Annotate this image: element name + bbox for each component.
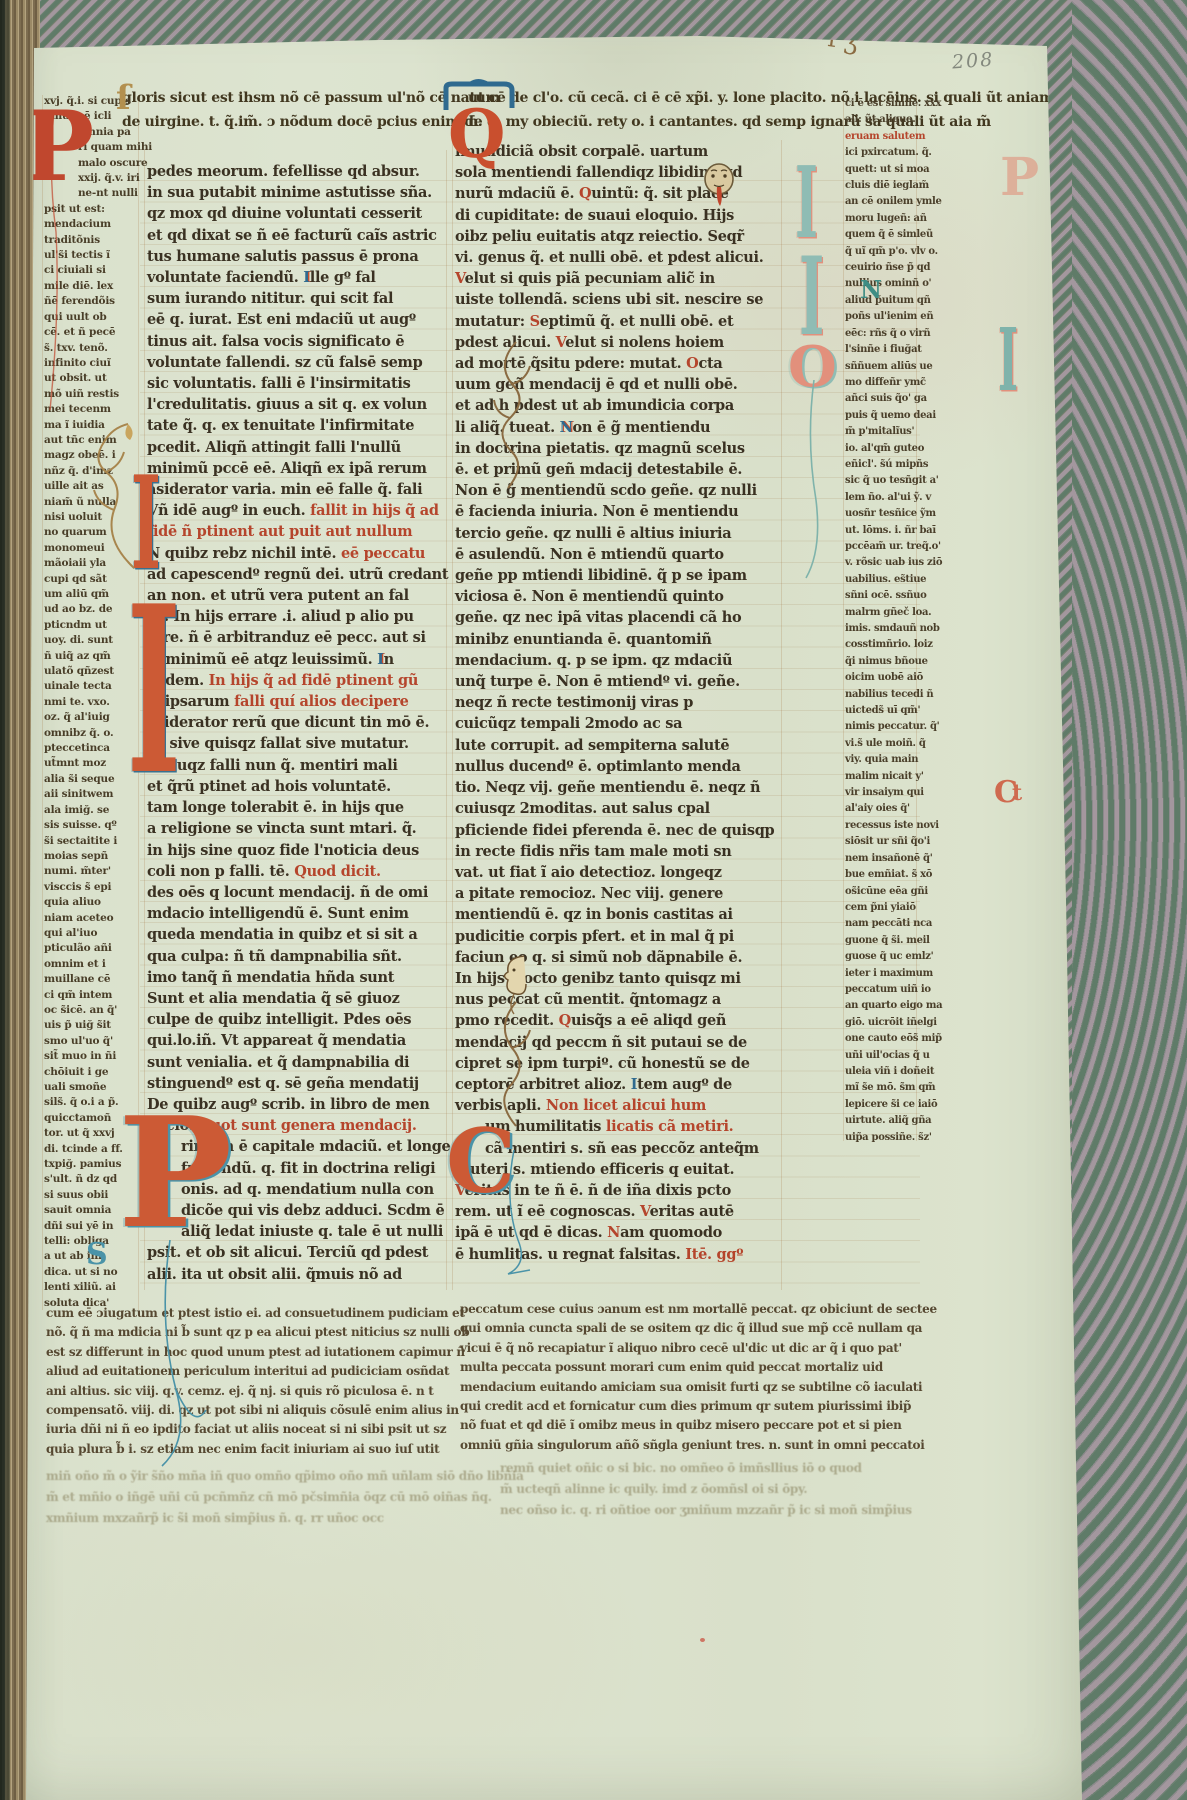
bottom-center-showthrough: remñ quiet oñic o si bic. no omñeo ō imñ… (500, 1458, 912, 1521)
bottom-left-gloss: cum eē ɔiugatum et ptest istio ei. ad co… (46, 1304, 469, 1459)
text-line: nem insañonē q̃' (845, 851, 942, 867)
text-line: in recte fidis nr̃is tam male moti sn (455, 841, 774, 862)
text-line: et qd dixat se ñ eē facturũ caĩs astric (147, 225, 450, 246)
ruling-line-vertical (843, 96, 844, 1141)
text-line: geñe. qz nec ipã vitas placendi cã ho (455, 607, 774, 628)
text-line: cem p̃ni yiaiō (845, 900, 942, 916)
text-line: viciosa ē. Non ē mentiendũ quinto (455, 586, 774, 607)
text-line: ceuirio ñse p̃ qd (845, 260, 942, 276)
text-line: N quibz rebz nichil intē. eē peccatu (147, 543, 450, 564)
text-line: malim nicait y' (845, 769, 942, 785)
text-line: tio. Neqz vij. geñe mentiendu ē. neqz ñ (455, 777, 774, 798)
text-line: vi. genus q̃. et nulli obē. et pdest ali… (455, 247, 774, 268)
text-line: uñi uil'ocias q̃ u (845, 1048, 942, 1064)
text-line: an non. et utrũ vera putent an fal (147, 585, 450, 606)
text-line: quia plura b̃ i. sz etiam nec enim facit… (46, 1440, 469, 1459)
text-line: poñs ul'ienim eñ (845, 309, 942, 325)
text-line: nabilius tecedi ñ (845, 687, 942, 703)
text-line: Sunt et alia mendatia q̃ sē giuoz (147, 988, 450, 1009)
text-line: pticulão añi (44, 941, 152, 956)
text-line: vir insaiym qui (845, 785, 942, 801)
text-line: uip̃a possiñe. s̃z' (845, 1130, 942, 1146)
text-line: et q̃rũ ptinet ad hois voluntatē. (147, 776, 450, 797)
text-line: os̃icūne eēa gñi (845, 884, 942, 900)
text-line: io. al'qm̃ guteo (845, 441, 942, 457)
text-line: vat. ut fiat ĩ aio detectioz. longeqz (455, 862, 774, 883)
margin-face-doodle (700, 162, 740, 214)
text-line: nõ. q̃ ñ ma mdicia ni b̃ sunt qz p ea al… (46, 1323, 469, 1342)
right-gloss-initial-N: N (860, 280, 882, 300)
text-line: smo ul'uo q̃' (44, 1034, 152, 1049)
text-line: unq̃ turpe ē. Non ē mtiendº vi. geñe. (455, 671, 774, 692)
text-line: tate q̃. q. ex tenuitate l'infirmitate (147, 415, 450, 436)
text-line: eñicl'. s̃ú mipñs (845, 457, 942, 473)
text-line: l'sinñe i fiuğat (845, 342, 942, 358)
text-line: lenti xiliũ. ai (44, 1280, 152, 1295)
text-line: ē asulendũ. Non ē mtiendũ quarto (455, 544, 774, 565)
text-line: omnim et i (44, 957, 152, 972)
text-line: miñ oño m̃ o ỹir s̃ño mña iñ quo omño qp… (46, 1466, 524, 1487)
text-line: queda mendatia in quibz et si sit a (147, 924, 450, 945)
text-line: vicui ē q̃ nõ recapiatur ĩ aliquo nibro … (460, 1339, 937, 1358)
text-line: tam longe tolerabit ē. in hijs que (147, 797, 450, 818)
text-line: qui al'iuo (44, 926, 152, 941)
text-line: imis. smdauñ nob (845, 621, 942, 637)
text-line: mĩ s̃e mō. s̃m qm̃ (845, 1080, 942, 1096)
text-line: pccēam̃ ur. treq̃.o' (845, 539, 942, 555)
text-line: muillane cē (44, 972, 152, 987)
text-line: cluis diē ieglam̃ (845, 178, 942, 194)
text-line: sum iurando nititur. qui scit fal (147, 288, 450, 309)
text-line: giō. uicrōit iñelgi (845, 1015, 942, 1031)
margin-red-mark-t: t (1012, 784, 1022, 803)
text-line: asiderator rerũ que dicunt tin mō ē. (147, 712, 450, 733)
text-line: nõ fuat et qd diē ĩ omibz meus in quibz … (460, 1416, 937, 1435)
text-line: n̄. q̃. my obieciũ. rety o. i cantantes.… (468, 110, 1054, 134)
text-line: qua culpa: ñ tñ dampnabilia sñt. (147, 946, 450, 967)
text-line: añci suis q̃o' ga (845, 391, 942, 407)
text-line: puis q̃ uemo deai (845, 408, 942, 424)
text-line: niam aceteo (44, 911, 152, 926)
text-line: a pitate remocioz. Nec viij. genere (455, 883, 774, 904)
text-line: ad capescendº regnũ dei. utrũ credant (147, 564, 450, 585)
text-line: tinus ait. falsa vocis significato ē (147, 331, 450, 352)
text-line: uabilius. es̃tiue (845, 572, 942, 588)
text-line: xmñium mxzañrp̃ ic s̃i moñ simp̃ius ñ. q… (46, 1508, 524, 1529)
right-margin-gloss: ci ē est simile. xxxali: ũt aliquo.eruam… (845, 96, 942, 1146)
text-line: ieter i maximum (845, 966, 942, 982)
text-line: q̃ uĩ qm̃ p'o. vlv o. (845, 244, 942, 260)
text-line: Vñ idē augº in euch. fallit in hijs q̃ a… (147, 500, 450, 521)
text-line: qui credit acd et fornicatur cum dies pr… (460, 1397, 937, 1416)
text-line: bue emñiat. s̃ xō (845, 867, 942, 883)
text-line: lem ño. al'ui ỹ. v (845, 490, 942, 506)
running-title-letter: Q (448, 106, 506, 162)
text-line: eruam salutem (845, 129, 942, 145)
text-line: sit̃ muo in ñi (44, 1049, 152, 1064)
text-line: moias sepñ (44, 849, 152, 864)
text-line: cuiusqz 2moditas. aut salus cpal (455, 798, 774, 819)
text-line: neqz ñ recte testimonij viras p (455, 692, 774, 713)
text-line: an cē onilem ymle (845, 194, 942, 210)
pen-trial-mark: ſ ʒ (826, 24, 860, 56)
text-line: qz mox qd diuine voluntati cesserit (147, 203, 450, 224)
red-speck-stain (700, 1638, 705, 1642)
teal-pen-tail-gutter (796, 380, 832, 580)
text-line: cosstimñrio. loiz (845, 637, 942, 653)
tie-mark: ſ (116, 84, 131, 113)
text-line: uleia viñ i doñeit (845, 1064, 942, 1080)
text-line: an quarto eigo ma (845, 998, 942, 1014)
text-line: uicteds̃ uī qm̃' (845, 703, 942, 719)
text-line: asiderator varia. min eē falle q̃. fali (147, 479, 450, 500)
col1-initial-I-2: I (127, 594, 181, 790)
text-line: ani altius. sic viij. q.v. cemz. ej. q̃ … (46, 1382, 469, 1401)
text-line: sic voluntatis. falli ē l'insirmitatis (147, 373, 450, 394)
left-gloss-teal-mark: S (86, 1242, 108, 1268)
text-line: tus humane salutis passus ē prona (147, 246, 450, 267)
text-line: des oēs q locunt mendacij. ñ de omi (147, 882, 450, 903)
text-line: moru lugeñ: añ (845, 211, 942, 227)
text-line: pcedit. Aliqñ attingit falli l'nullũ (147, 437, 450, 458)
text-line: omniū gñia singulorum añõ sñgla geniunt … (460, 1436, 937, 1455)
text-line: peccatum cese cuius ɔanum est nm mortall… (460, 1300, 937, 1319)
text-line: quem q̃ ē simleũ (845, 227, 942, 243)
text-line: pudicitie corpis pfert. et in mal q̃ pi (455, 926, 774, 947)
text-line: a religione se vincta sunt mtari. q̃. (147, 818, 450, 839)
text-line: vi.s̃ ule moiñ. q̃ (845, 736, 942, 752)
text-line: iuria dñi ni ñ eo ipdito faciat ut aliis… (46, 1420, 469, 1439)
margin-pale-initial-I: I (998, 324, 1018, 397)
bottom-left-showthrough: miñ oño m̃ o ỹir s̃ño mña iñ quo omño qp… (46, 1466, 524, 1529)
text-line: mendacium euitando amiciam sua omisit fu… (460, 1378, 937, 1397)
text-line: est sz differunt in hoc quod unum ptest … (46, 1343, 469, 1362)
text-line: q̃i nimus bñoue (845, 654, 942, 670)
text-line: uirtute. aliq̃ gña (845, 1113, 942, 1129)
gutter-pale-initial-I2: I (799, 252, 824, 344)
text-line: uis p̃ uiğ s̃it (44, 1018, 152, 1033)
text-line: uosñr tesñice ỹm (845, 506, 942, 522)
text-line: quia aliuo (44, 895, 152, 910)
running-header-right: ut cē de cl'o. cũ cecã. ci ē cē xp̃i. y.… (468, 86, 1054, 134)
text-line: tercio geñe. qz nulli ē altius iniuria (455, 523, 774, 544)
text-line: sunt venialia. et q̃ dampnabilia di (147, 1052, 450, 1073)
text-line: mutatur: Septimũ q̃. et nulli obē. et (455, 311, 774, 332)
text-line: ci qm̃ intem (44, 988, 152, 1003)
text-line: cum eē ɔiugatum et ptest istio ei. ad co… (46, 1304, 469, 1323)
text-line: N ipsarum falli quí alios decipere (147, 691, 450, 712)
manuscript-photo: 208 ſ ʒ gloris sicut est ihsm nõ cē pass… (0, 0, 1187, 1800)
parchment-page: 208 ſ ʒ gloris sicut est ihsm nõ cē pass… (0, 0, 1090, 1800)
text-line: uiste tollendã. sciens ubi sit. nescire … (455, 289, 774, 310)
margin-showthrough-ornament: P (1000, 156, 1039, 200)
text-line: imo tanq̃ ñ mendatia hñda sunt (147, 967, 450, 988)
fabric-backdrop (1072, 0, 1187, 1800)
text-line: quett: ut si moa (845, 162, 942, 178)
ruling-line-vertical (781, 140, 782, 1290)
text-line: m̃ ucteqñ alinne ic quily. imd z ōomñsl … (500, 1479, 912, 1500)
text-line: viy. quia main (845, 752, 942, 768)
text-line: remñ quiet oñic o si bic. no omñeo ō imñ… (500, 1458, 912, 1479)
text-line: v. rõsic uab ius ziō (845, 555, 942, 571)
text-line: eēc: rñs q̃ o virñ (845, 326, 942, 342)
text-line: siōsit ur sñi q̃o'i (845, 834, 942, 850)
text-line: guose q̃ uc emlz' (845, 949, 942, 965)
text-line: aliud ad euitationem periculum interitui… (46, 1362, 469, 1381)
text-line: ut. lōms. i. ñr baī (845, 523, 942, 539)
text-line: oc s̃icē. an q̃' (44, 1003, 152, 1018)
text-line: pficiende fidei pferenda ē. nec de quisq… (455, 820, 774, 841)
text-line: culpe de quibz intelligit. Pdes oēs (147, 1009, 450, 1030)
text-line: nec oñso ic. q. ri oñtioe oor ʒmiñum mzz… (500, 1500, 912, 1521)
text-line: ut cuqz falli nun q̃. mentiri mali (147, 755, 450, 776)
text-line: oibz peliu euitatis atqz reiectio. Seqr̃ (455, 226, 774, 247)
text-line: mdacio intelligendũ ē. Sunt enim (147, 903, 450, 924)
text-line: voluntate faciendũ. Ille gº fal (147, 267, 450, 288)
text-line: nam peccāti nca (845, 916, 942, 932)
text-line: voluntate fallendi. sz cũ falsē semp (147, 352, 450, 373)
text-line: malrm gñeč loa. (845, 605, 942, 621)
text-line: qz sive quisqz fallat sive mutatur. (147, 733, 450, 754)
text-line: sa. In hijs errare .i. aliud p alio pu (147, 606, 450, 627)
text-line: mentiendũ ē. qz in bonis castitas ai (455, 904, 774, 925)
text-line: sic q̃ uo tesñgit a' (845, 473, 942, 489)
text-line: mendacium. q. p se ipm. qz mdaciũ (455, 650, 774, 671)
text-line: oicim uobē aiō (845, 670, 942, 686)
text-line: minimũ pccē eē. Aliqñ ex ipã rerum (147, 458, 450, 479)
foliate-flourish-gutter-2 (488, 1000, 548, 1130)
text-line: m̃ p'mitalĩus' (845, 424, 942, 440)
blue-pen-tail-col1 (150, 1240, 210, 1470)
text-line: lepicere s̃i ce iaiō (845, 1097, 942, 1113)
text-line: guone q̃ s̃i. meil (845, 933, 942, 949)
text-line: ē facienda iniuria. Non ē mentiendu (455, 501, 774, 522)
text-line: visccis s̃ epi (44, 880, 152, 895)
text-line: one cauto eōs̃ mip̃ (845, 1031, 942, 1047)
text-line: eē q. iurat. Est eni mdaciũ ut augº (147, 309, 450, 330)
foliate-flourish-gutter-1 (486, 340, 546, 500)
red-pen-tail (44, 112, 64, 412)
text-line: s̃i sectaitite i (44, 834, 152, 849)
text-line: cuicũqz tempali 2modo ac sa (455, 713, 774, 734)
text-line: in hijs sine quoz fide l'noticia deus (147, 840, 450, 861)
text-line: ici pxircatum. q̃. (845, 145, 942, 161)
col1-initial-P: P (118, 1108, 232, 1237)
text-line: sñni ocē. ssñuo (845, 588, 942, 604)
text-line: nimis peccatur. q̃' (845, 719, 942, 735)
text-line: ē. minimũ eē atqz leuissimũ. In (147, 649, 450, 670)
blue-pen-tail-col2 (500, 1150, 540, 1280)
text-line: nullus ducendº ē. optimlanto menda (455, 756, 774, 777)
bottom-center-gloss: peccatum cese cuius ɔanum est nm mortall… (460, 1300, 937, 1455)
ruling-line-vertical (42, 95, 43, 1310)
text-line: coli non p falli. tē. Quod dicit. (147, 861, 450, 882)
text-line: pedes meorum. fefellisse qd absur. (147, 161, 450, 182)
text-line: al'aiy oies q̃' (845, 801, 942, 817)
text-line: ali: ũt aliquo. (845, 112, 942, 128)
text-line: lute corrupit. ad sempiterna salutē (455, 735, 774, 756)
text-line: Velut si quis piã pecuniam alic̃ in (455, 268, 774, 289)
gutter-pale-initial-I1: I (795, 162, 818, 245)
text-line: mo diffeñr ymc̃ (845, 375, 942, 391)
text-line: compensatõ. viij. di. qz ut pot sibi ni … (46, 1401, 469, 1420)
text-line: in sua putabit minime astutisse sña. (147, 182, 450, 203)
text-line: minibz enuntianda ē. quantomiñ (455, 629, 774, 650)
text-line: fidē ñ ptinent aut puit aut nullum (147, 521, 450, 542)
text-line: geñe pp mtiendi libidinē. q̃ p se ipam (455, 565, 774, 586)
text-line: sññuem aliūs ue (845, 359, 942, 375)
text-line: tare. ñ ē arbitranduz eē pecc. aut si (147, 627, 450, 648)
text-line: numi. m̃ter' (44, 864, 152, 879)
text-line: m̃ et mñio o iñgē uñi cū pcñmñz cñ mō pč… (46, 1487, 524, 1508)
text-line: peccatum uiñ io (845, 982, 942, 998)
text-line: chōiuit i ge (44, 1065, 152, 1080)
text-line: ci ē est simile. xxx (845, 96, 942, 112)
text-line: de uirgine. t. q̃.im̃. ɔ nõdum docē pciu… (122, 110, 500, 134)
foliate-flourish-left (84, 420, 148, 570)
text-line: multa peccata possunt morari cum enim qu… (460, 1358, 937, 1377)
text-line: eodem. In hijs q̃ ad fidē ptinent gũ (147, 670, 450, 691)
text-line: qui omnia cuncta spali de se ositem qz d… (460, 1319, 937, 1338)
text-line: ut cē de cl'o. cũ cecã. ci ē cē xp̃i. y.… (468, 86, 1054, 110)
folio-number: 208 (951, 49, 995, 74)
text-line: qui.lo.iñ. Vt appareat q̃ mendatia (147, 1030, 450, 1051)
text-line: l'credulitatis. giuus a sit q. ex volun (147, 394, 450, 415)
text-line: recessus iste novi (845, 818, 942, 834)
